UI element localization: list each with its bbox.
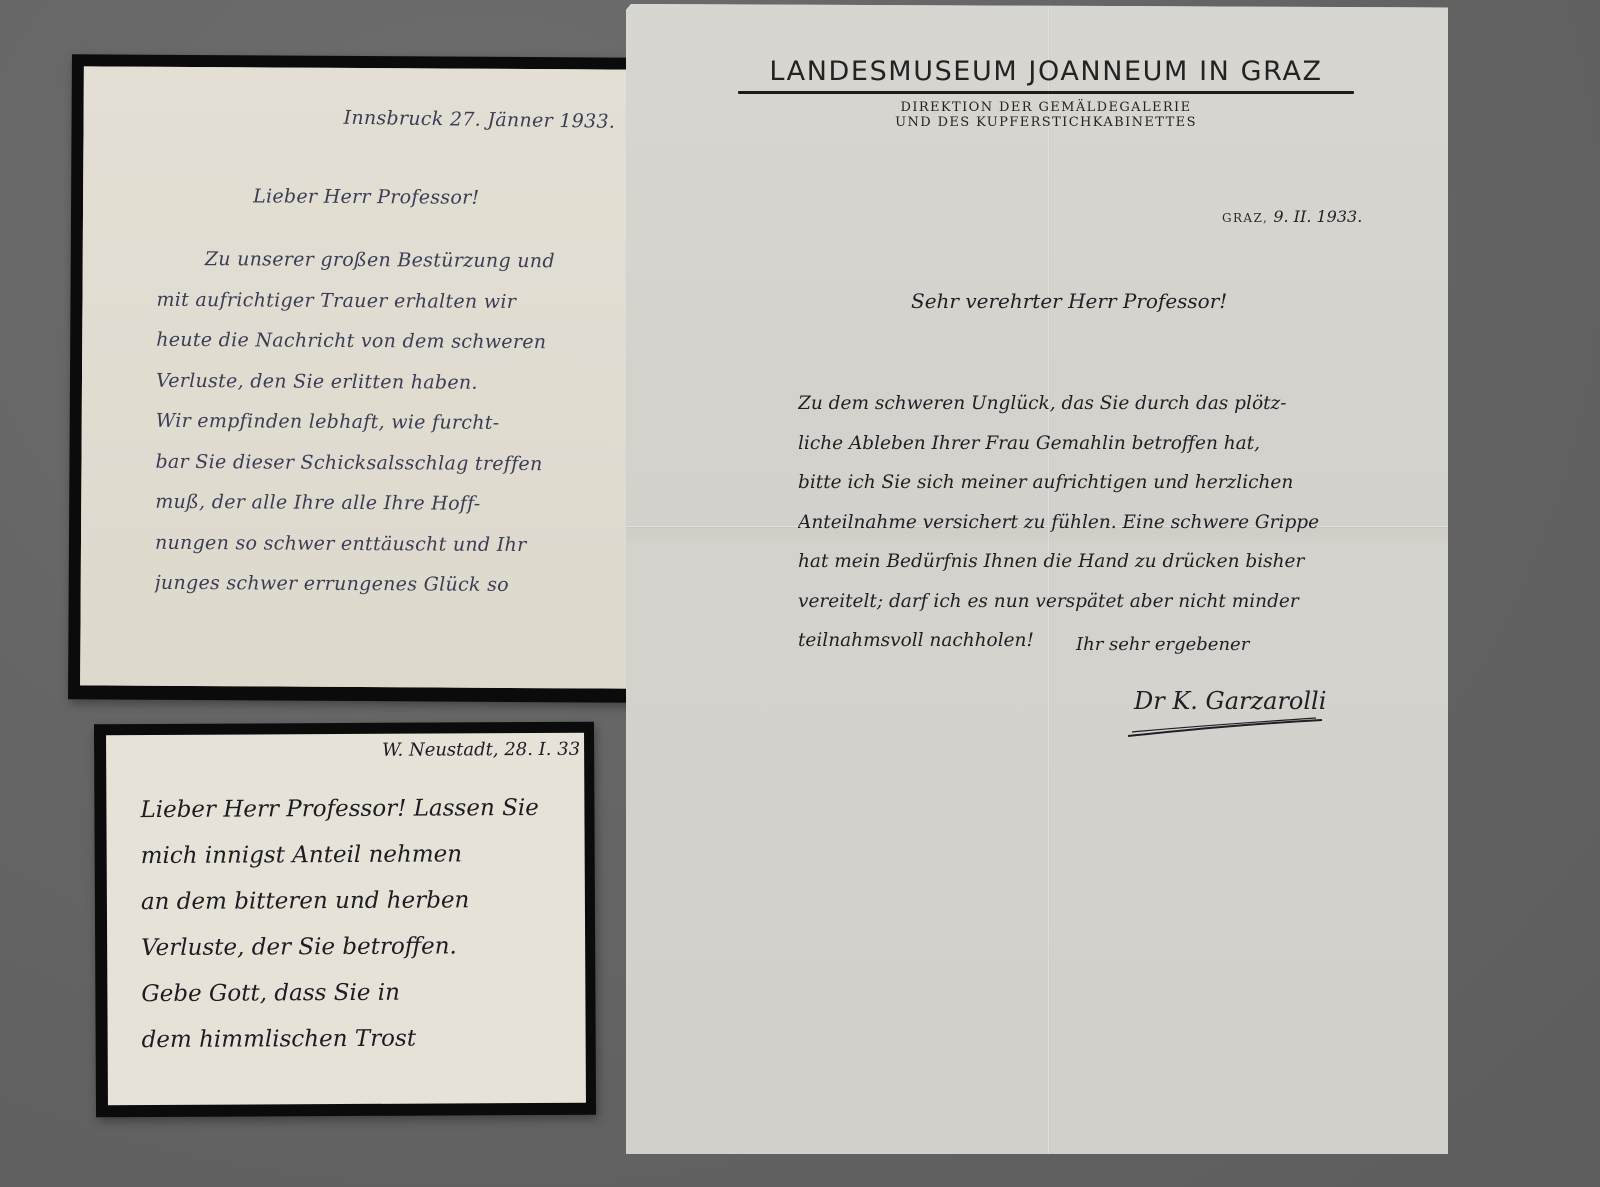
letterhead-rule — [738, 91, 1354, 94]
card-date: W. Neustadt, 28. I. 33 — [382, 739, 580, 761]
letter-line: heute die Nachricht von dem schweren — [156, 320, 616, 363]
letter-line: Wir empfinden lebhaft, wie furcht- — [156, 401, 616, 444]
signature-underline-icon — [1126, 716, 1326, 740]
card-line: mich innigst Anteil nehmen — [141, 831, 581, 879]
mourning-card: W. Neustadt, 28. I. 33 Lieber Herr Profe… — [94, 722, 596, 1118]
mourning-letter-paper: Innsbruck 27. Jänner 1933. Lieber Herr P… — [80, 66, 630, 688]
card-line: Verluste, der Sie betroffen. — [141, 923, 581, 971]
letter-line: Verluste, den Sie erlitten haben. — [156, 360, 616, 403]
letter-salutation: Sehr verehrter Herr Professor! — [911, 289, 1227, 313]
letterhead-title: LANDESMUSEUM JOANNEUM IN GRAZ — [736, 56, 1356, 87]
signature: Dr K. Garzarolli — [1134, 687, 1326, 715]
grey-surface-background: Innsbruck 27. Jänner 1933. Lieber Herr P… — [0, 0, 1600, 1187]
letter-line: mit aufrichtiger Trauer erhalten wir — [156, 279, 616, 322]
card-line: an dem bitteren und herben — [141, 877, 581, 925]
card-line: dem himmlischen Trost — [142, 1015, 582, 1063]
letter-closing: Ihr sehr ergebener — [1076, 634, 1249, 655]
letter-line: junges schwer errungenes Glück so — [155, 563, 615, 606]
handwritten-date: 9. II. 1933. — [1273, 207, 1362, 226]
card-line: Lieber Herr Professor! Lassen Sie — [140, 785, 580, 833]
letter-line: muß, der alle Ihre alle Ihre Hoff- — [155, 482, 615, 525]
letter-line: hat mein Bedürfnis Ihnen die Hand zu drü… — [798, 542, 1398, 582]
letter-body: Zu unserer großen Bestürzung und mit auf… — [155, 239, 617, 606]
card-line: Gebe Gott, dass Sie in — [141, 969, 581, 1017]
letter-line: bar Sie dieser Schicksalsschlag treffen — [155, 441, 615, 484]
mourning-letter-innsbruck: Innsbruck 27. Jänner 1933. Lieber Herr P… — [68, 54, 642, 702]
mourning-card-paper: W. Neustadt, 28. I. 33 Lieber Herr Profe… — [106, 733, 586, 1105]
letterhead-subtitle-2: UND DES KUPFERSTICHKABINETTES — [736, 115, 1356, 130]
letter-line: Anteilnahme versichert zu fühlen. Eine s… — [798, 503, 1398, 543]
letter-line: Zu unserer großen Bestürzung und — [157, 239, 617, 282]
place-and-date: GRAZ, 9. II. 1933. — [1222, 207, 1362, 226]
museum-letter-joanneum: LANDESMUSEUM JOANNEUM IN GRAZ DIREKTION … — [626, 4, 1448, 1154]
letter-line: bitte ich Sie sich meiner aufrichtigen u… — [798, 463, 1398, 503]
letterhead-subtitle-1: DIREKTION DER GEMÄLDEGALERIE — [736, 100, 1356, 115]
card-body: Lieber Herr Professor! Lassen Sie mich i… — [140, 785, 581, 1063]
letter-date: Innsbruck 27. Jänner 1933. — [344, 107, 616, 133]
letter-body: Zu dem schweren Unglück, das Sie durch d… — [798, 384, 1398, 661]
letter-salutation: Lieber Herr Professor! — [253, 185, 479, 208]
letter-line: liche Ableben Ihrer Frau Gemahlin betrof… — [798, 424, 1398, 464]
letter-line: vereitelt; darf ich es nun verspätet abe… — [798, 582, 1398, 622]
letterhead: LANDESMUSEUM JOANNEUM IN GRAZ DIREKTION … — [736, 56, 1356, 130]
letter-line: Zu dem schweren Unglück, das Sie durch d… — [798, 384, 1398, 424]
letter-line: nungen so schwer enttäuscht und Ihr — [155, 522, 615, 565]
printed-place: GRAZ, — [1222, 211, 1268, 225]
